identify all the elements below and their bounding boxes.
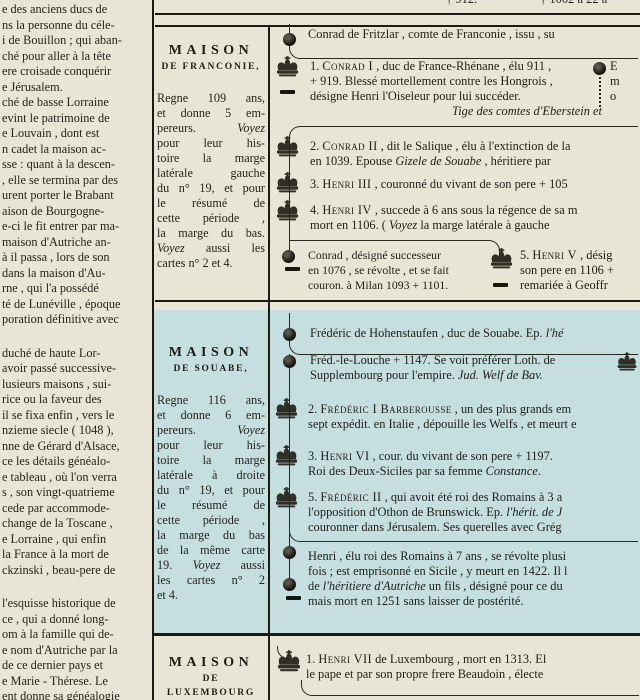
text-line: 2. Frédéric I Barberousse , un des plus … [308,402,640,417]
text-line: pour leur his- [157,438,265,453]
black-disc-icon [282,250,295,263]
section-rule [155,300,640,302]
text-line: sse : quant à la descen- [2,157,151,173]
text-line: s , son vingt-quatrieme [2,485,151,501]
text-line: Supplembourg pour l'empire. Jud. Welf de… [310,368,615,383]
entry-frederic-2: 5. Frédéric II , qui avoit été roi des R… [308,490,640,535]
text-line: avoir passé successive- [2,361,151,377]
black-disc-icon [283,546,296,559]
text-line: E [610,59,640,74]
entry-conrad-1: 1. Conrad I , duc de France-Rhénane , él… [310,59,590,104]
entry-henri-7: 1. Henri VII de Luxembourg , mort en 131… [306,652,640,682]
text-line: lusieurs maisons , sui- [2,377,151,393]
text-line: urent porter le Brabant [2,188,151,204]
section-subtitle: DE [157,672,265,686]
crown-icon [488,248,515,271]
text-line: e Jérusalem. [2,80,151,96]
crown-icon [274,56,301,79]
black-disc-icon [283,578,296,591]
text-line: en 1039. Epouse Gizele de Souabe , hérit… [310,154,640,169]
text-line: ere croisade conquérir [2,64,151,80]
text-line: 3. Henri III , couronné du vivant de son… [310,177,640,192]
tige-note: Tige des comtes d'Eberstein et [452,104,602,119]
text-line: remariée à Geoffr [520,278,640,293]
dash-mark [493,283,508,287]
entry-conrad-1-cut-fragments: Emo [610,59,640,104]
top-row-fragment: † 912. [446,0,477,7]
text-line: ckzinski , beau-pere de [2,563,151,579]
text-line: et donne 5 em- [157,106,265,121]
text-line: Voyez aussi les [157,241,265,256]
text-line: pereurs. Voyez [157,121,265,136]
section-rule [153,633,640,636]
crown-icon [274,200,301,223]
text-line: e Louvain , dont est [2,126,151,142]
text-line: ché pour aller à la tête [2,49,151,65]
text-line: les cartes n° 2 [157,573,265,588]
text-line: poration définitive avec [2,312,151,328]
text-line: la marge du bas. [157,226,265,241]
text-line: il se fixa enfin , vers le [2,408,151,424]
text-line: son pere en 1106 + [520,263,640,278]
text-line: e des anciens ducs de [2,2,151,18]
entry-conrad-designe: Conrad , désigné successeuren 1076 , se … [308,248,490,293]
crown-icon [275,650,303,674]
black-disc-icon [283,328,296,341]
text-line: + 919. Blessé mortellement contre les Ho… [310,74,590,89]
text-line: mort en 1106. ( Voyez la marge latérale … [310,218,640,233]
black-disc-icon [283,355,296,368]
entry-frederic-1-barberousse: 2. Frédéric I Barberousse , un des plus … [308,402,640,432]
entry-henri-6: 3. Henri VI , cour. du vivant de son per… [308,449,640,479]
text-line: change de la Toscane , [2,516,151,532]
text-line: 1. Conrad I , duc de France-Rhénane , él… [310,59,590,74]
text-line: rice ou la faveur des [2,392,151,408]
text-line: cette période , [157,513,265,528]
text-line: le résumé de [157,498,265,513]
text-line: Conrad de Fritzlar , comte de Franconie … [308,27,640,42]
text-line: e Marie - Thérese. Le [2,674,151,690]
section-label-franconie: MAISON DE FRANCONIE, Regne 109 ans,et do… [157,42,265,271]
text-line: l'opposition d'Othon de Brunswick. Ep. l… [308,505,640,520]
text-line: i de Bouillon ; qui aban- [2,33,151,49]
text-line: Conrad , désigné successeur [308,248,490,263]
connector-line [289,42,638,59]
text-line: e Lorraine , qui enfin [2,532,151,548]
black-disc-icon [283,33,296,46]
text-line: fois ; est emprisonné en Sicile , y meur… [308,564,640,579]
black-disc-icon [593,62,606,75]
text-line: Roi des Deux-Siciles par sa femme Consta… [308,464,640,479]
entry-henri-3: 3. Henri III , couronné du vivant de son… [310,177,640,192]
text-line: l'esquisse historique de [2,596,151,612]
crown-icon [273,398,300,421]
text-line: ché de basse Lorraine [2,95,151,111]
text-line: toire la marge [157,151,265,166]
text-line: dans la maison d'Au- [2,266,151,282]
text-line: et donne 6 em- [157,408,265,423]
text-line: de l'héritiere d'Autriche un fils , dési… [308,579,640,594]
entry-conrad-fritzlar: Conrad de Fritzlar , comte de Franconie … [308,27,640,42]
text-line: Fréd.-le-Louche + 1147. Se voit préférer… [310,353,615,368]
text-line: 2. Conrad II , dit le Salique , élu à l'… [310,139,640,154]
section-label-luxembourg: MAISON DE LUXEMBOURG [157,654,265,700]
crown-icon [274,136,301,159]
text-line: couron. à Milan 1093 + 1101. [308,278,490,293]
crown-icon [274,172,301,195]
section-title: MAISON [157,654,265,672]
connector-line [289,313,290,329]
text-line: couronner dans Jérusalem. Ses querelles … [308,520,640,535]
section-subtitle: DE SOUABE, [157,362,265,376]
top-row-fragment: † 1002 à 22 a [540,0,607,7]
text-line: Regne 109 ans, [157,91,265,106]
crown-icon [615,352,639,373]
section-title: MAISON [157,344,265,362]
text-line: du n° 19, et pour [157,181,265,196]
text-line [2,328,151,346]
label-tree-divider [268,26,270,700]
text-line: nne de Gérard d'Alsace, [2,439,151,455]
text-line: latérale gauche [157,166,265,181]
text-line: toire la marge [157,453,265,468]
text-line: la marge du bas [157,528,265,543]
section-note: Regne 116 ans,et donne 6 em-pereurs. Voy… [157,393,265,603]
text-line: e nom d'Autriche par la [2,643,151,659]
text-line: 4. Henri IV , succede à 6 ans sous la ré… [310,203,640,218]
text-line: rne , qui l'a possédé [2,281,151,297]
text-line: 3. Henri VI , cour. du vivant de son per… [308,449,640,464]
text-line: m [610,74,640,89]
column-divider [152,0,154,700]
text-line: om à la famille qui de- [2,627,151,643]
text-line: e-ci le fit entrer par ma- [2,219,151,235]
text-line: evint le patrimoine de [2,111,151,127]
section-title: MAISON [157,42,265,60]
dash-mark [280,90,295,94]
entry-fred-le-louche: Fréd.-le-Louche + 1147. Se voit préférer… [310,353,615,383]
top-double-rule [155,13,640,15]
text-line: du n° 19, et pour [157,483,265,498]
text-line: cartes n° 2 et 4. [157,256,265,271]
text-line: la France à la mort de [2,547,151,563]
text-line: maison d'Autriche an- [2,235,151,251]
text-line: le pape et par son propre frere Beaudoin… [306,667,640,682]
text-line: ce les détails généalo- [2,454,151,470]
dash-mark [286,596,301,600]
crown-icon [273,487,300,510]
text-line: mais mort en 1251 sans laisser de postér… [308,594,640,609]
text-line: duché de haute Lor- [2,346,151,362]
text-line: cette période , [157,211,265,226]
crown-icon [273,445,300,468]
scanned-genealogy-page: e des anciens ducs dens la personne du c… [0,0,640,700]
text-line: Regne 116 ans, [157,393,265,408]
entry-frederic-hohenstaufen: Frédéric de Hohenstaufen , duc de Souabe… [310,326,640,341]
left-margin-column: e des anciens ducs dens la personne du c… [2,2,151,700]
text-line: aison de Bourgogne- [2,204,151,220]
text-line: té de Lunéville , époque [2,297,151,313]
text-line: le résumé de [157,196,265,211]
text-line: pour leur his- [157,136,265,151]
text-line: ent donne sa généalogie [2,689,151,700]
text-line: et 4. [157,588,265,603]
text-line: 5. Henri V , désig [520,248,640,263]
text-line: n cadet la maison ac- [2,142,151,158]
entry-henri-4: 4. Henri IV , succede à 6 ans sous la ré… [310,203,640,233]
text-line: e tableau , où l'on verra [2,470,151,486]
section-label-souabe: MAISON DE SOUABE, Regne 116 ans,et donne… [157,344,265,603]
text-line: o [610,89,640,104]
text-line: 19. Voyez aussi [157,558,265,573]
text-line: Henri , élu roi des Romains à 7 ans , se… [308,549,640,564]
text-line: Frédéric de Hohenstaufen , duc de Souabe… [310,326,640,341]
entry-henri-roi-des-romains: Henri , élu roi des Romains à 7 ans , se… [308,549,640,609]
text-line: latérale à droite [157,468,265,483]
entry-conrad-2: 2. Conrad II , dit le Salique , élu à l'… [310,139,640,169]
text-line: de la même carte [157,543,265,558]
text-line [2,578,151,596]
section-note: Regne 109 ans,et donne 5 em-pereurs. Voy… [157,91,265,271]
text-line: 1. Henri VII de Luxembourg , mort en 131… [306,652,640,667]
text-line: cede par accommode- [2,501,151,517]
text-line: en 1076 , se révolte , et se fait [308,263,490,278]
text-line: de ce dernier pays et [2,658,151,674]
entry-henri-5: 5. Henri V , désigson pere en 1106 +rema… [520,248,640,293]
dash-mark [285,267,300,271]
text-line: sept expédit. en Italie , dépouille les … [308,417,640,432]
dotted-connector [599,77,601,107]
text-line: , elle se termina par des [2,173,151,189]
text-line: ns la personne du céle- [2,18,151,34]
text-line: 5. Frédéric II , qui avoit été roi des R… [308,490,640,505]
section-subtitle: DE FRANCONIE, [157,60,265,74]
text-line: désigne Henri l'Oiseleur pour lui succéd… [310,89,590,104]
section-subtitle: LUXEMBOURG [157,686,265,700]
text-line: ce , qui a donné long- [2,612,151,628]
text-line: à il passa , lors de son [2,250,151,266]
text-line: pereurs. Voyez [157,423,265,438]
text-line: nzieme siecle ( 1048 ), [2,423,151,439]
connector-line [301,680,639,696]
